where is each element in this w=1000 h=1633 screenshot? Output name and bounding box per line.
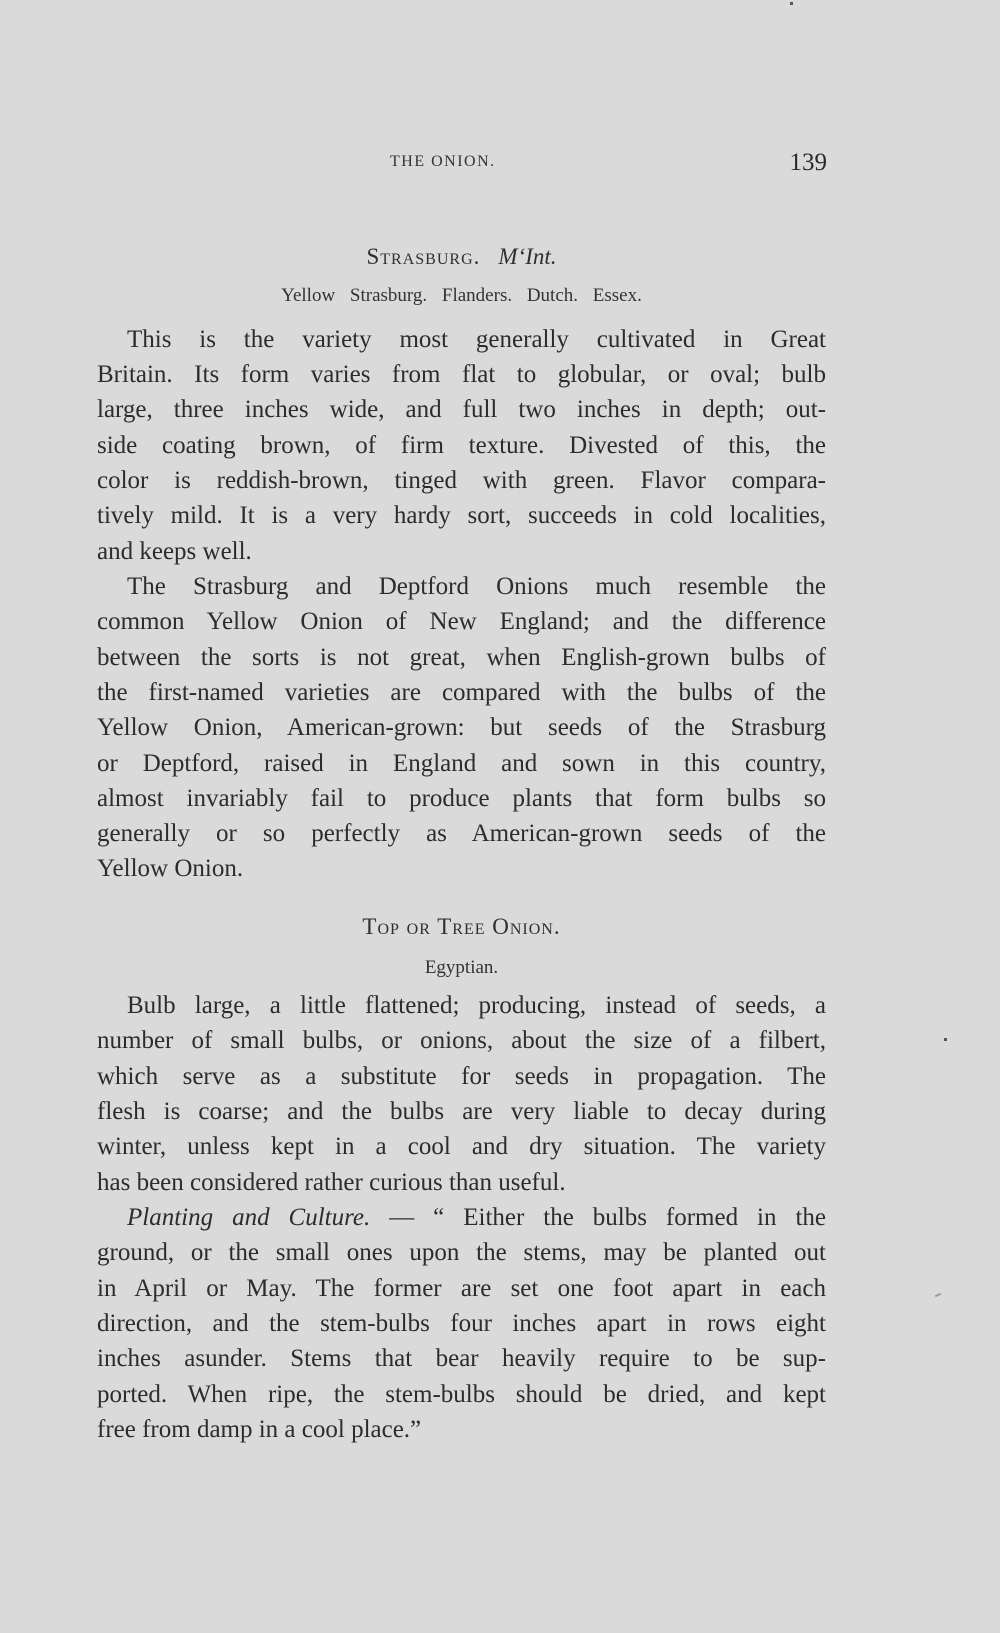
lead-in-italic: Planting and Culture. — [127, 1204, 370, 1231]
text-line: The Strasburg and Deptford Onions much r… — [127, 569, 826, 604]
text-line: almost invariably fail to produce plants… — [97, 781, 826, 816]
text-line: This is the variety most generally culti… — [127, 322, 826, 357]
text-line: winter, unless kept in a cool and dry si… — [97, 1129, 826, 1164]
text-line: large, three inches wide, and full two i… — [97, 392, 826, 427]
section-heading-strasburg: Strasburg.M‘Int. — [97, 244, 826, 270]
text-line: Yellow Onion. — [97, 851, 826, 886]
text-line: direction, and the stem-bulbs four inche… — [97, 1306, 826, 1341]
text-line: side coating brown, of firm texture. Div… — [97, 428, 826, 463]
section-heading-tree-onion: Top or Tree Onion. — [97, 914, 826, 940]
text-line: which serve as a substitute for seeds in… — [97, 1059, 826, 1094]
text-line: free from damp in a cool place.” — [97, 1412, 826, 1447]
text-line: the first-named varieties are compared w… — [97, 675, 826, 710]
scan-speck — [790, 2, 793, 5]
text-line: Bulb large, a little flattened; producin… — [127, 988, 826, 1023]
text-line: ported. When ripe, the stem-bulbs should… — [97, 1377, 826, 1412]
text-line: and keeps well. — [97, 534, 826, 569]
scan-speck — [944, 1038, 947, 1041]
synonyms-strasburg: Yellow Strasburg. Flanders. Dutch. Essex… — [97, 285, 826, 307]
text-line: flesh is coarse; and the bulbs are very … — [97, 1094, 826, 1129]
text-line-lead-in: Planting and Culture. — “ Either the bul… — [127, 1200, 826, 1235]
text-line: tively mild. It is a very hardy sort, su… — [97, 498, 826, 533]
lead-in-rest: — “ Either the bulbs formed in the — [370, 1204, 826, 1231]
running-title: The Onion. — [390, 153, 496, 171]
variety-name: Top or Tree Onion. — [362, 914, 560, 939]
text-line: or Deptford, raised in England and sown … — [97, 746, 826, 781]
text-line: Yellow Onion, American-grown: but seeds … — [97, 710, 826, 745]
page-number: 139 — [781, 149, 827, 177]
text-line: common Yellow Onion of New England; and … — [97, 604, 826, 639]
text-line: inches asunder. Stems that bear heavily … — [97, 1341, 826, 1376]
synonyms-tree-onion: Egyptian. — [97, 957, 826, 979]
text-line: between the sorts is not great, when Eng… — [97, 640, 826, 675]
variety-name: Strasburg. — [366, 244, 480, 269]
scan-speck — [935, 1293, 941, 1297]
book-page: The Onion. 139 Strasburg.M‘Int. Yellow S… — [0, 0, 1000, 1633]
text-line: ground, or the small ones upon the stems… — [97, 1235, 826, 1270]
text-line: generally or so perfectly as American-gr… — [97, 816, 826, 851]
text-line: number of small bulbs, or onions, about … — [97, 1023, 826, 1058]
text-line: in April or May. The former are set one … — [97, 1271, 826, 1306]
text-line: Britain. Its form varies from flat to gl… — [97, 357, 826, 392]
text-line: color is reddish-brown, tinged with gree… — [97, 463, 826, 498]
text-line: has been considered rather curious than … — [97, 1165, 826, 1200]
authority: M‘Int. — [498, 244, 556, 269]
